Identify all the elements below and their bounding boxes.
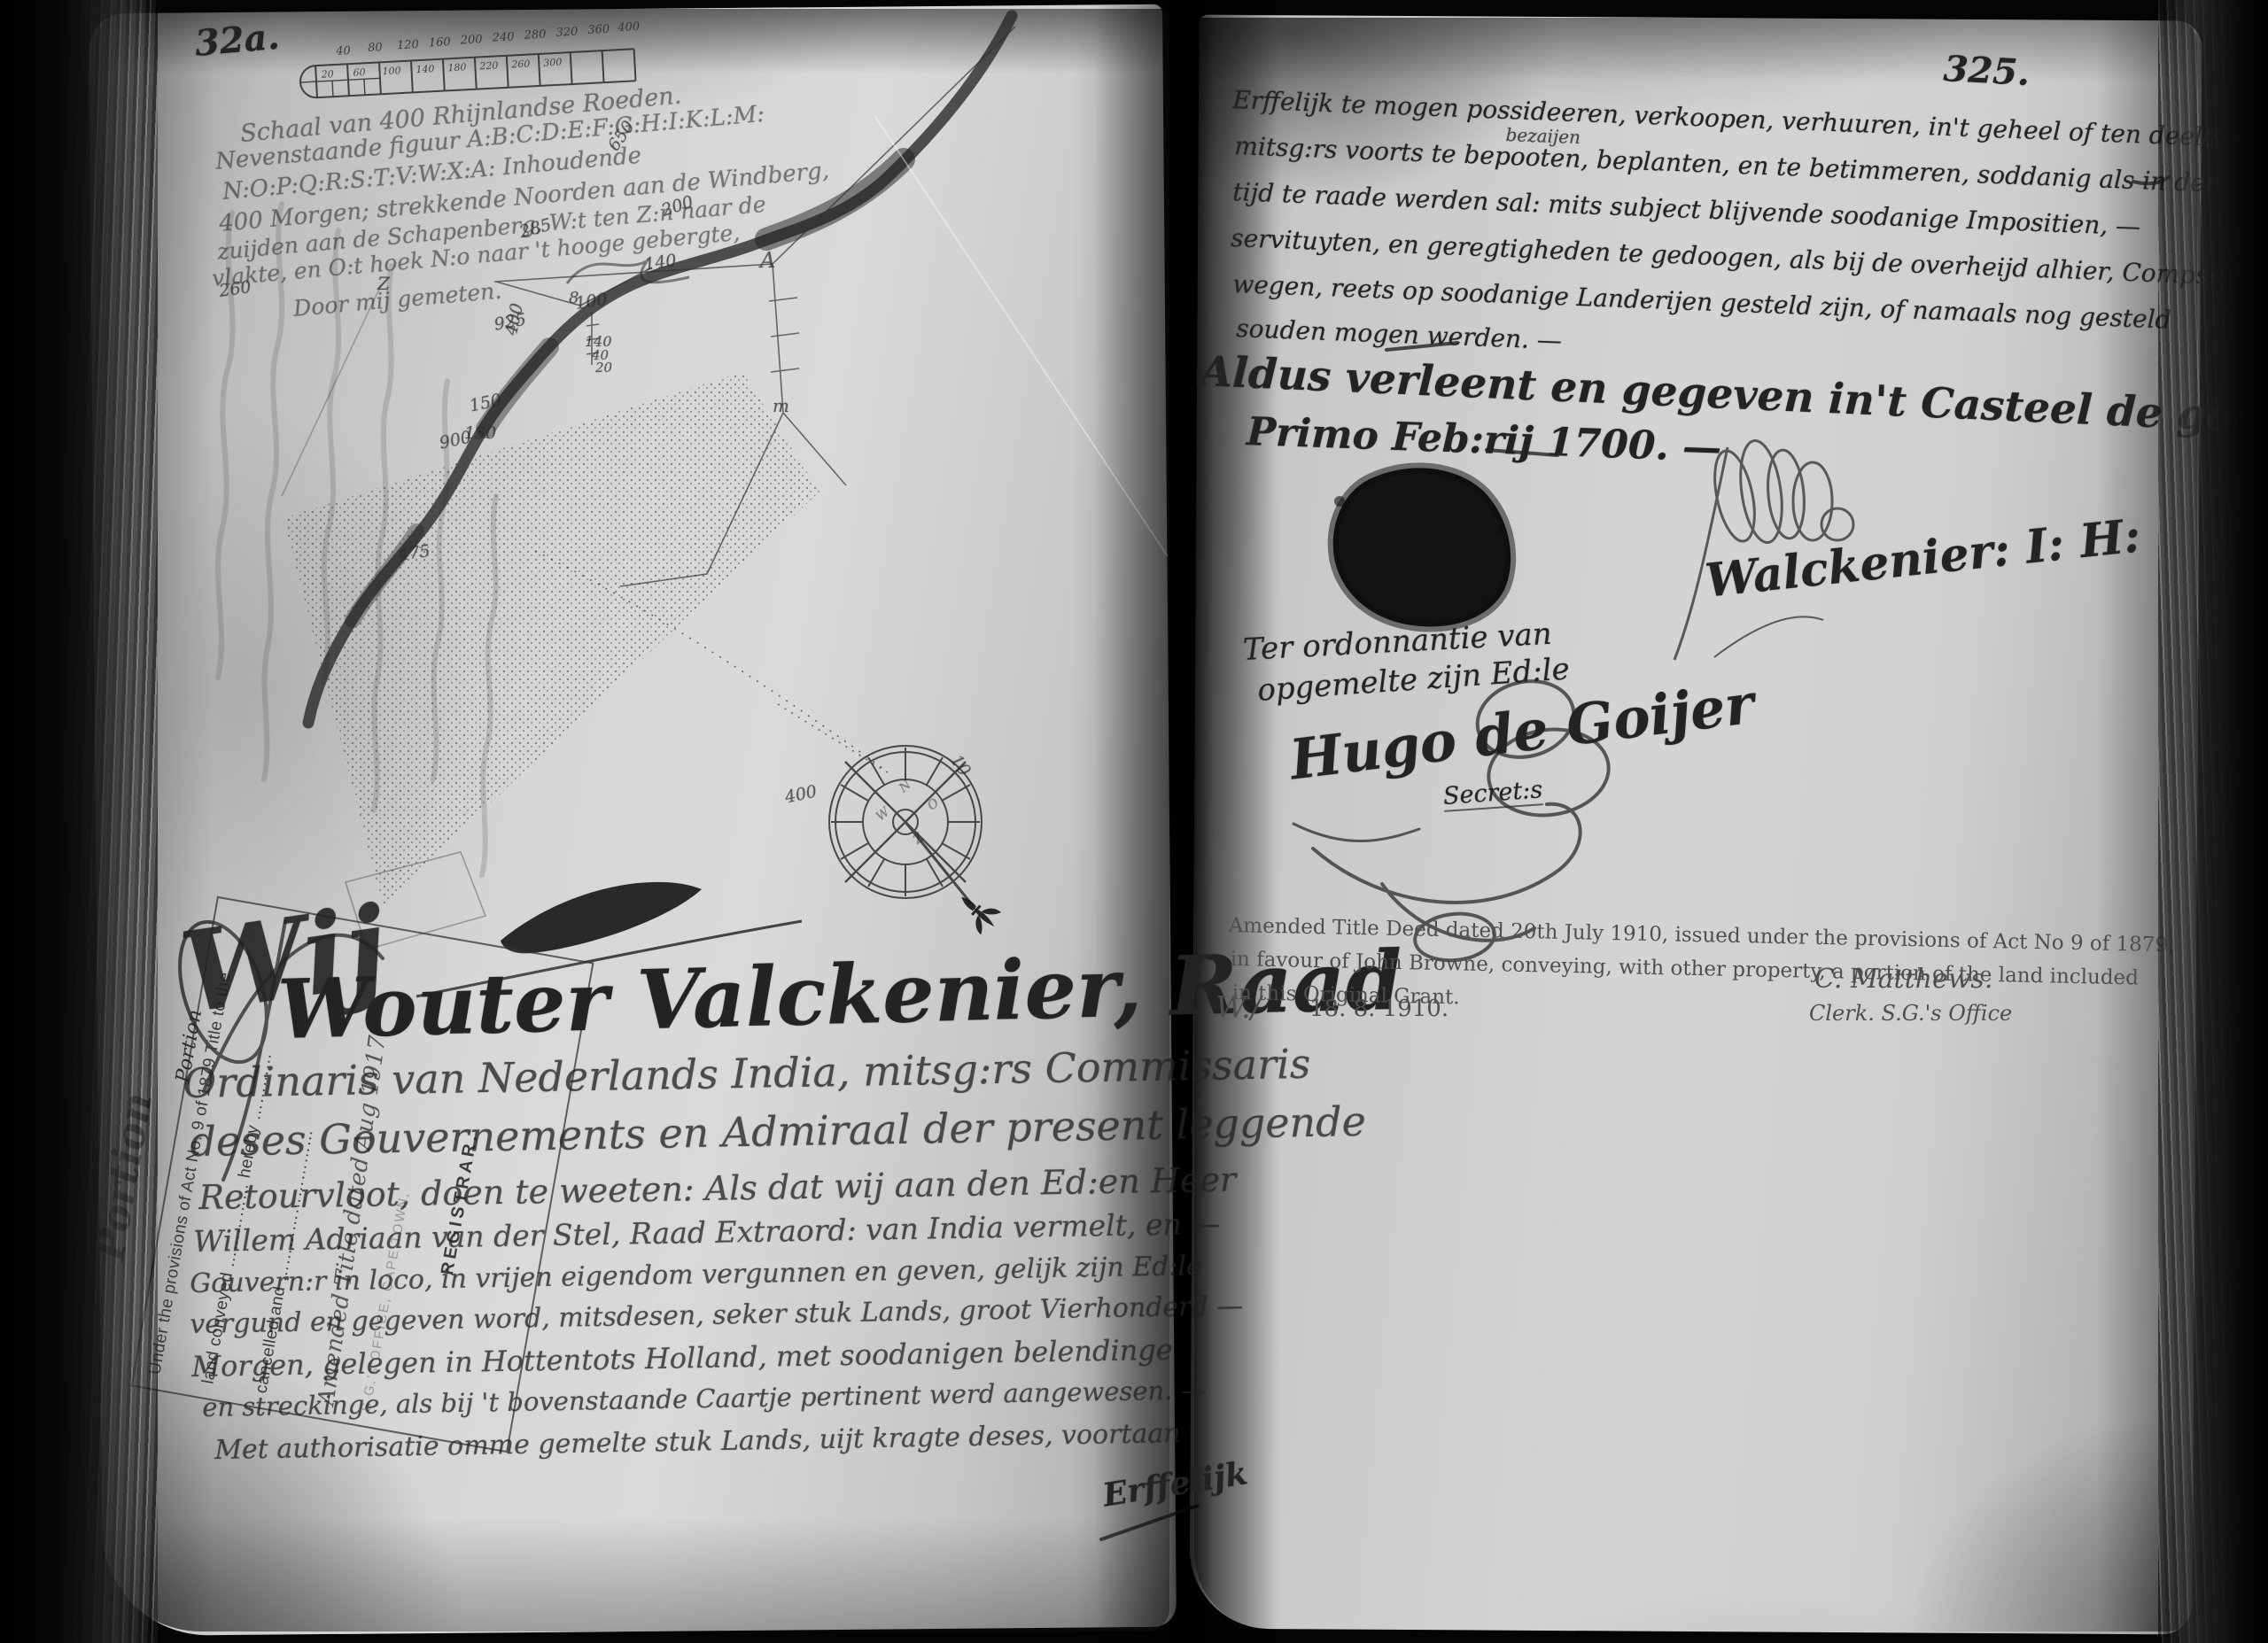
manuscript-photo: Under the provisions of Act No. 9 of 187… xyxy=(0,0,2268,1643)
scale-tick-inner: 180 xyxy=(447,61,467,74)
scale-tick: 320 xyxy=(555,26,579,40)
scale-tick: 400 xyxy=(617,20,641,35)
scale-tick-inner: 260 xyxy=(511,58,531,70)
scale-tick-inner: 220 xyxy=(479,59,499,72)
right-page-paper xyxy=(1189,15,2202,1635)
scale-tick-inner: 140 xyxy=(416,63,435,75)
scale-tick: 160 xyxy=(429,35,452,50)
scale-tick: 360 xyxy=(587,23,610,37)
scale-tick: 40 xyxy=(336,44,351,58)
scale-tick-inner: 20 xyxy=(321,68,334,81)
scale-tick-inner: 100 xyxy=(382,65,401,77)
scale-tick: 120 xyxy=(397,38,420,52)
scale-tick: 240 xyxy=(492,30,515,44)
scale-tick: 80 xyxy=(368,41,383,55)
scale-tick-inner: 60 xyxy=(353,66,366,79)
scale-tick: 200 xyxy=(460,33,483,47)
scale-tick-inner: 300 xyxy=(543,57,563,69)
scale-tick: 280 xyxy=(524,27,547,42)
